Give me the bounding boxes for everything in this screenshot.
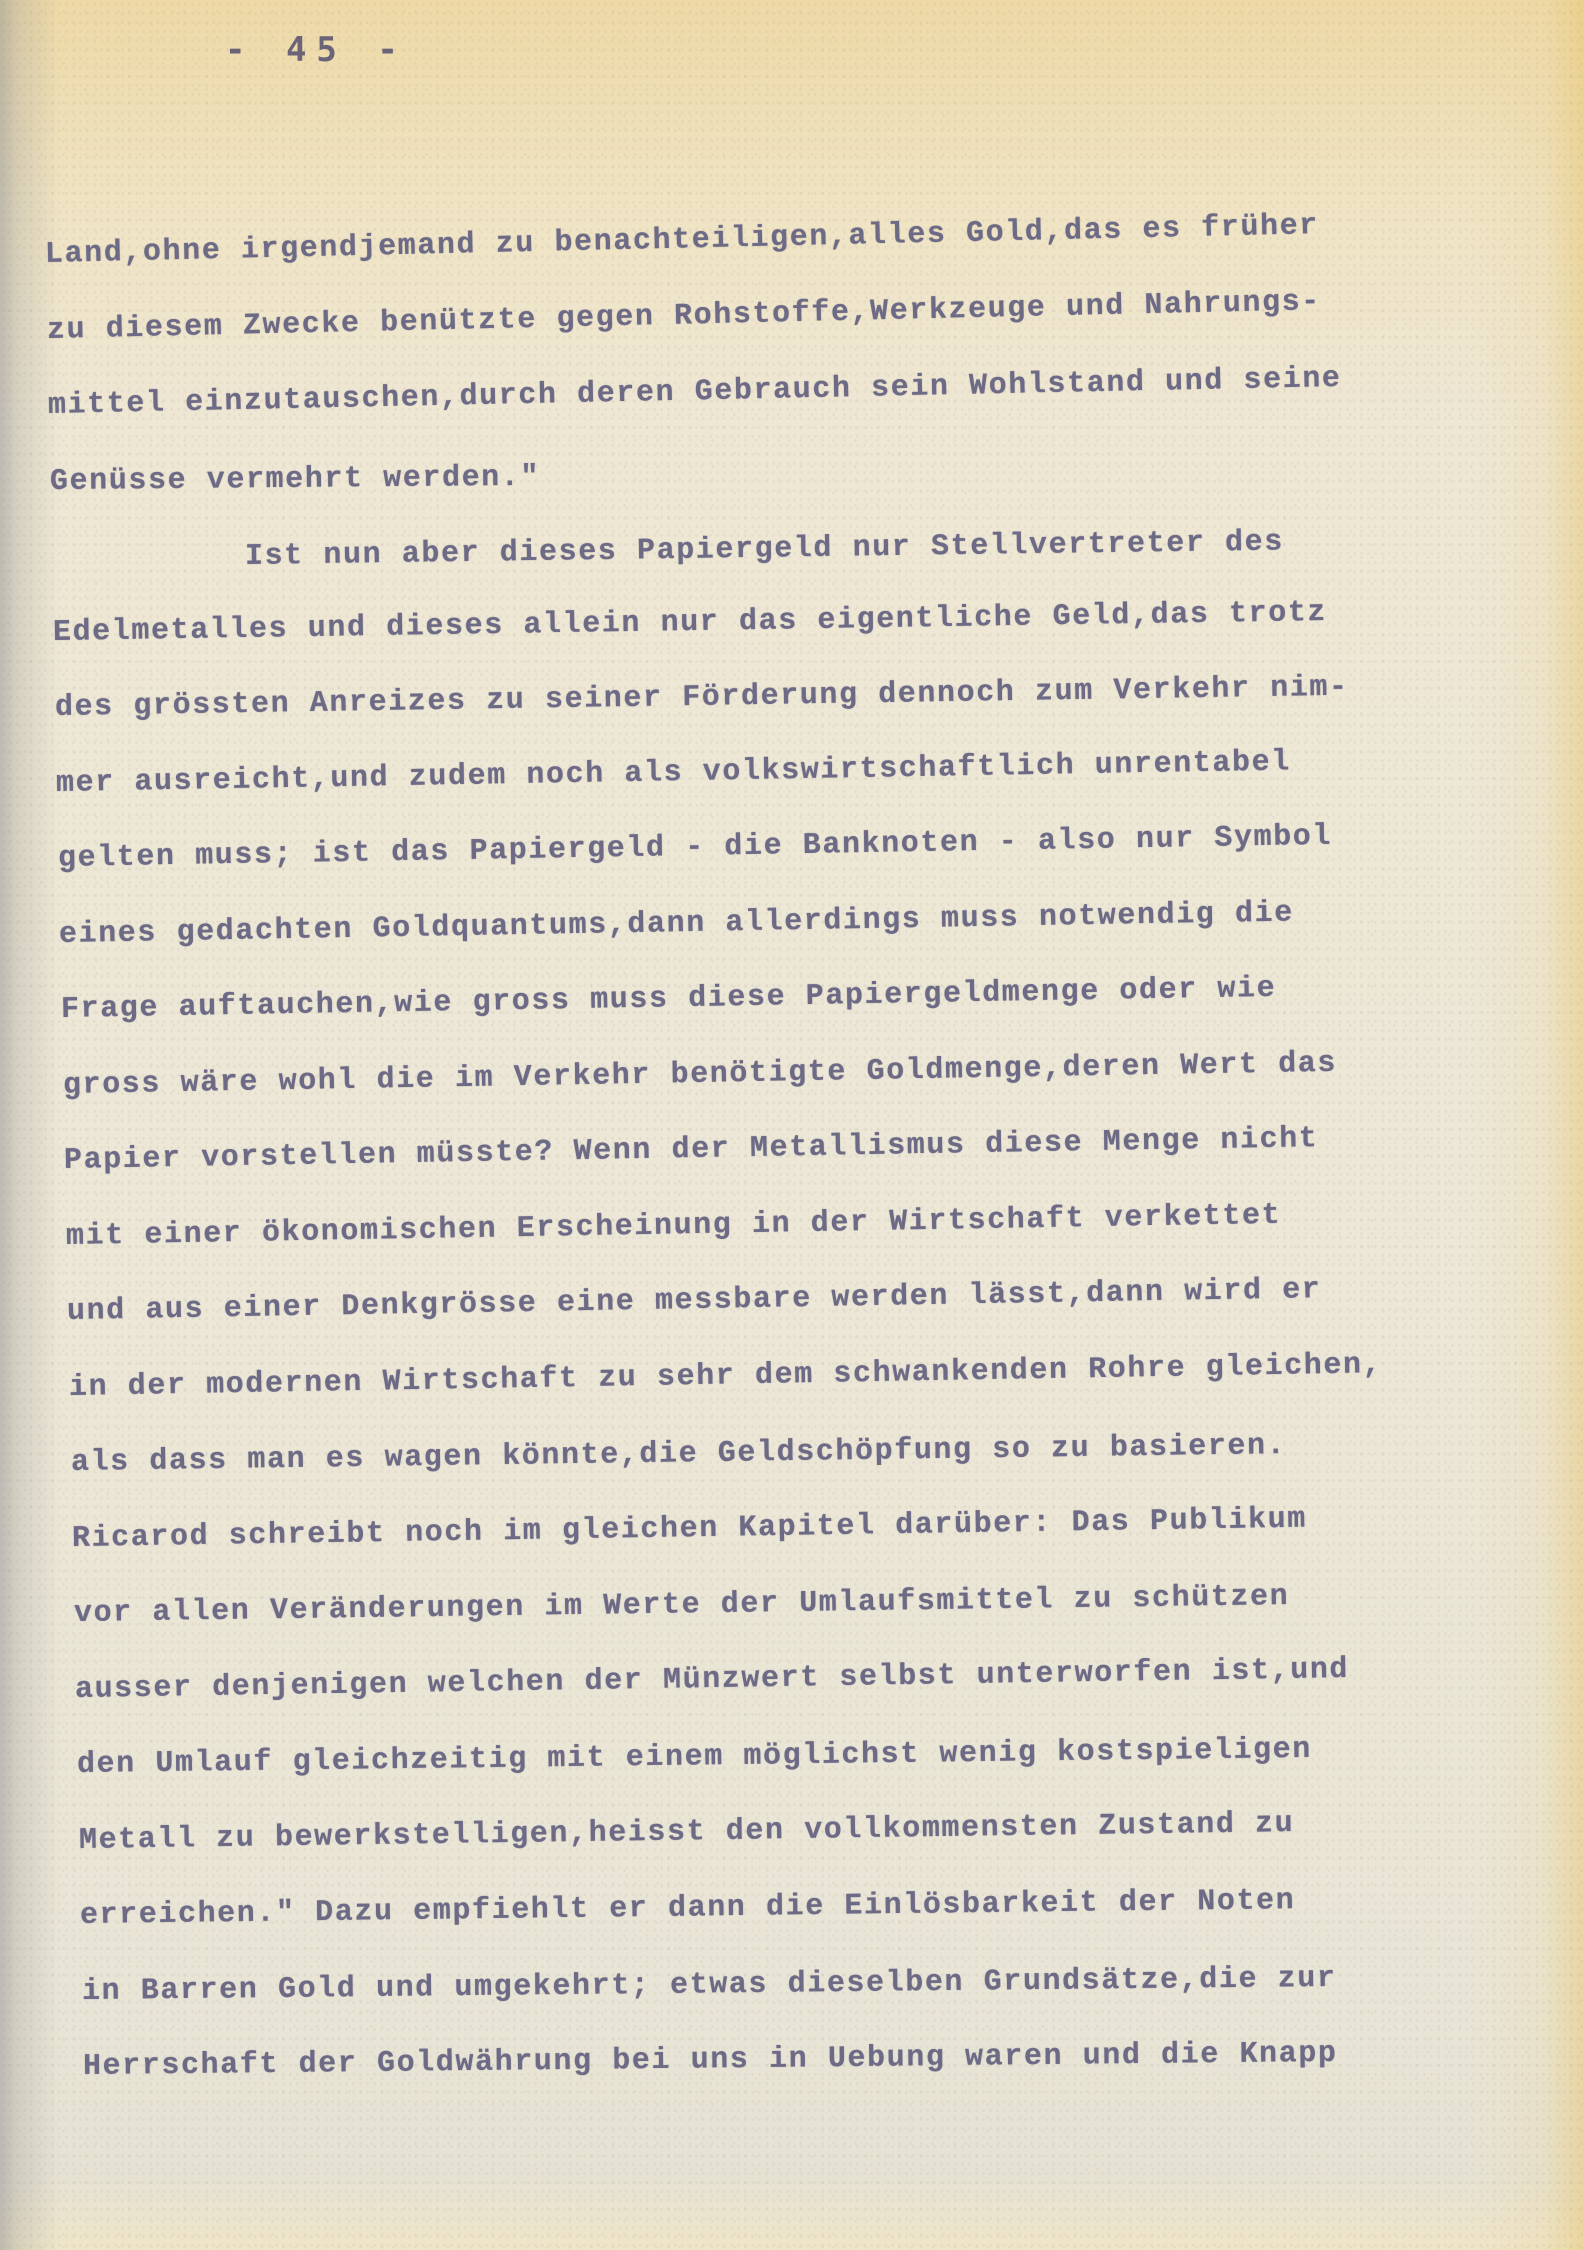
text-line: mit einer ökonomischen Erscheinung in de… (66, 1198, 1282, 1253)
text-line: mer ausreicht,und zudem noch als volkswi… (56, 745, 1291, 801)
text-line: gross wäre wohl die im Verkehr benötigte… (63, 1046, 1338, 1102)
text-line: Genüsse vermehrt werden." (50, 460, 540, 498)
text-line: und aus einer Denkgrösse eine messbare w… (67, 1273, 1322, 1329)
paragraph-start-line: Ist nun aber dieses Papiergeld nur Stell… (245, 525, 1284, 574)
text-line: vor allen Veränderungen im Werte der Uml… (74, 1580, 1290, 1631)
text-line: Ricarod schreibt noch im gleichen Kapite… (72, 1502, 1307, 1555)
text-line: zu diesem Zwecke benützte gegen Rohstoff… (47, 285, 1322, 348)
text-line: Edelmetalles und dieses allein nur das e… (53, 595, 1328, 649)
text-line: ausser denjenigen welchen der Münzwert s… (75, 1652, 1350, 1706)
text-line: als dass man es wagen könnte,die Geldsch… (71, 1429, 1287, 1480)
text-line: eines gedachten Goldquantums,dann allerd… (59, 896, 1294, 952)
text-line: erreichen." Dazu empfiehlt er dann die E… (80, 1884, 1296, 1933)
text-line: gelten muss; ist das Papiergeld - die Ba… (58, 820, 1333, 876)
text-line: Frage auftauchen,wie gross muss diese Pa… (61, 972, 1277, 1027)
text-line: den Umlauf gleichzeitig mit einem möglic… (77, 1733, 1312, 1782)
page-number: - 45 - (225, 30, 408, 70)
text-line: in Barren Gold und umgekehrt; etwas dies… (82, 1961, 1337, 2008)
text-line: Land,ohne irgendjemand zu benachteiligen… (45, 209, 1320, 272)
text-line: des grössten Anreizes zu seiner Förderun… (55, 671, 1349, 725)
text-line: Metall zu bewerkstelligen,heisst den vol… (79, 1807, 1295, 1858)
text-line: Herrschaft der Goldwährung bei uns in Ue… (83, 2037, 1338, 2084)
text-line: Papier vorstellen müsste? Wenn der Metal… (64, 1122, 1319, 1178)
text-line: mittel einzutauschen,durch deren Gebrauc… (48, 362, 1342, 423)
scanned-page: - 45 - Land,ohne irgendjemand zu benacht… (0, 0, 1584, 2250)
text-line: in der modernen Wirtschaft zu sehr dem s… (69, 1348, 1383, 1405)
